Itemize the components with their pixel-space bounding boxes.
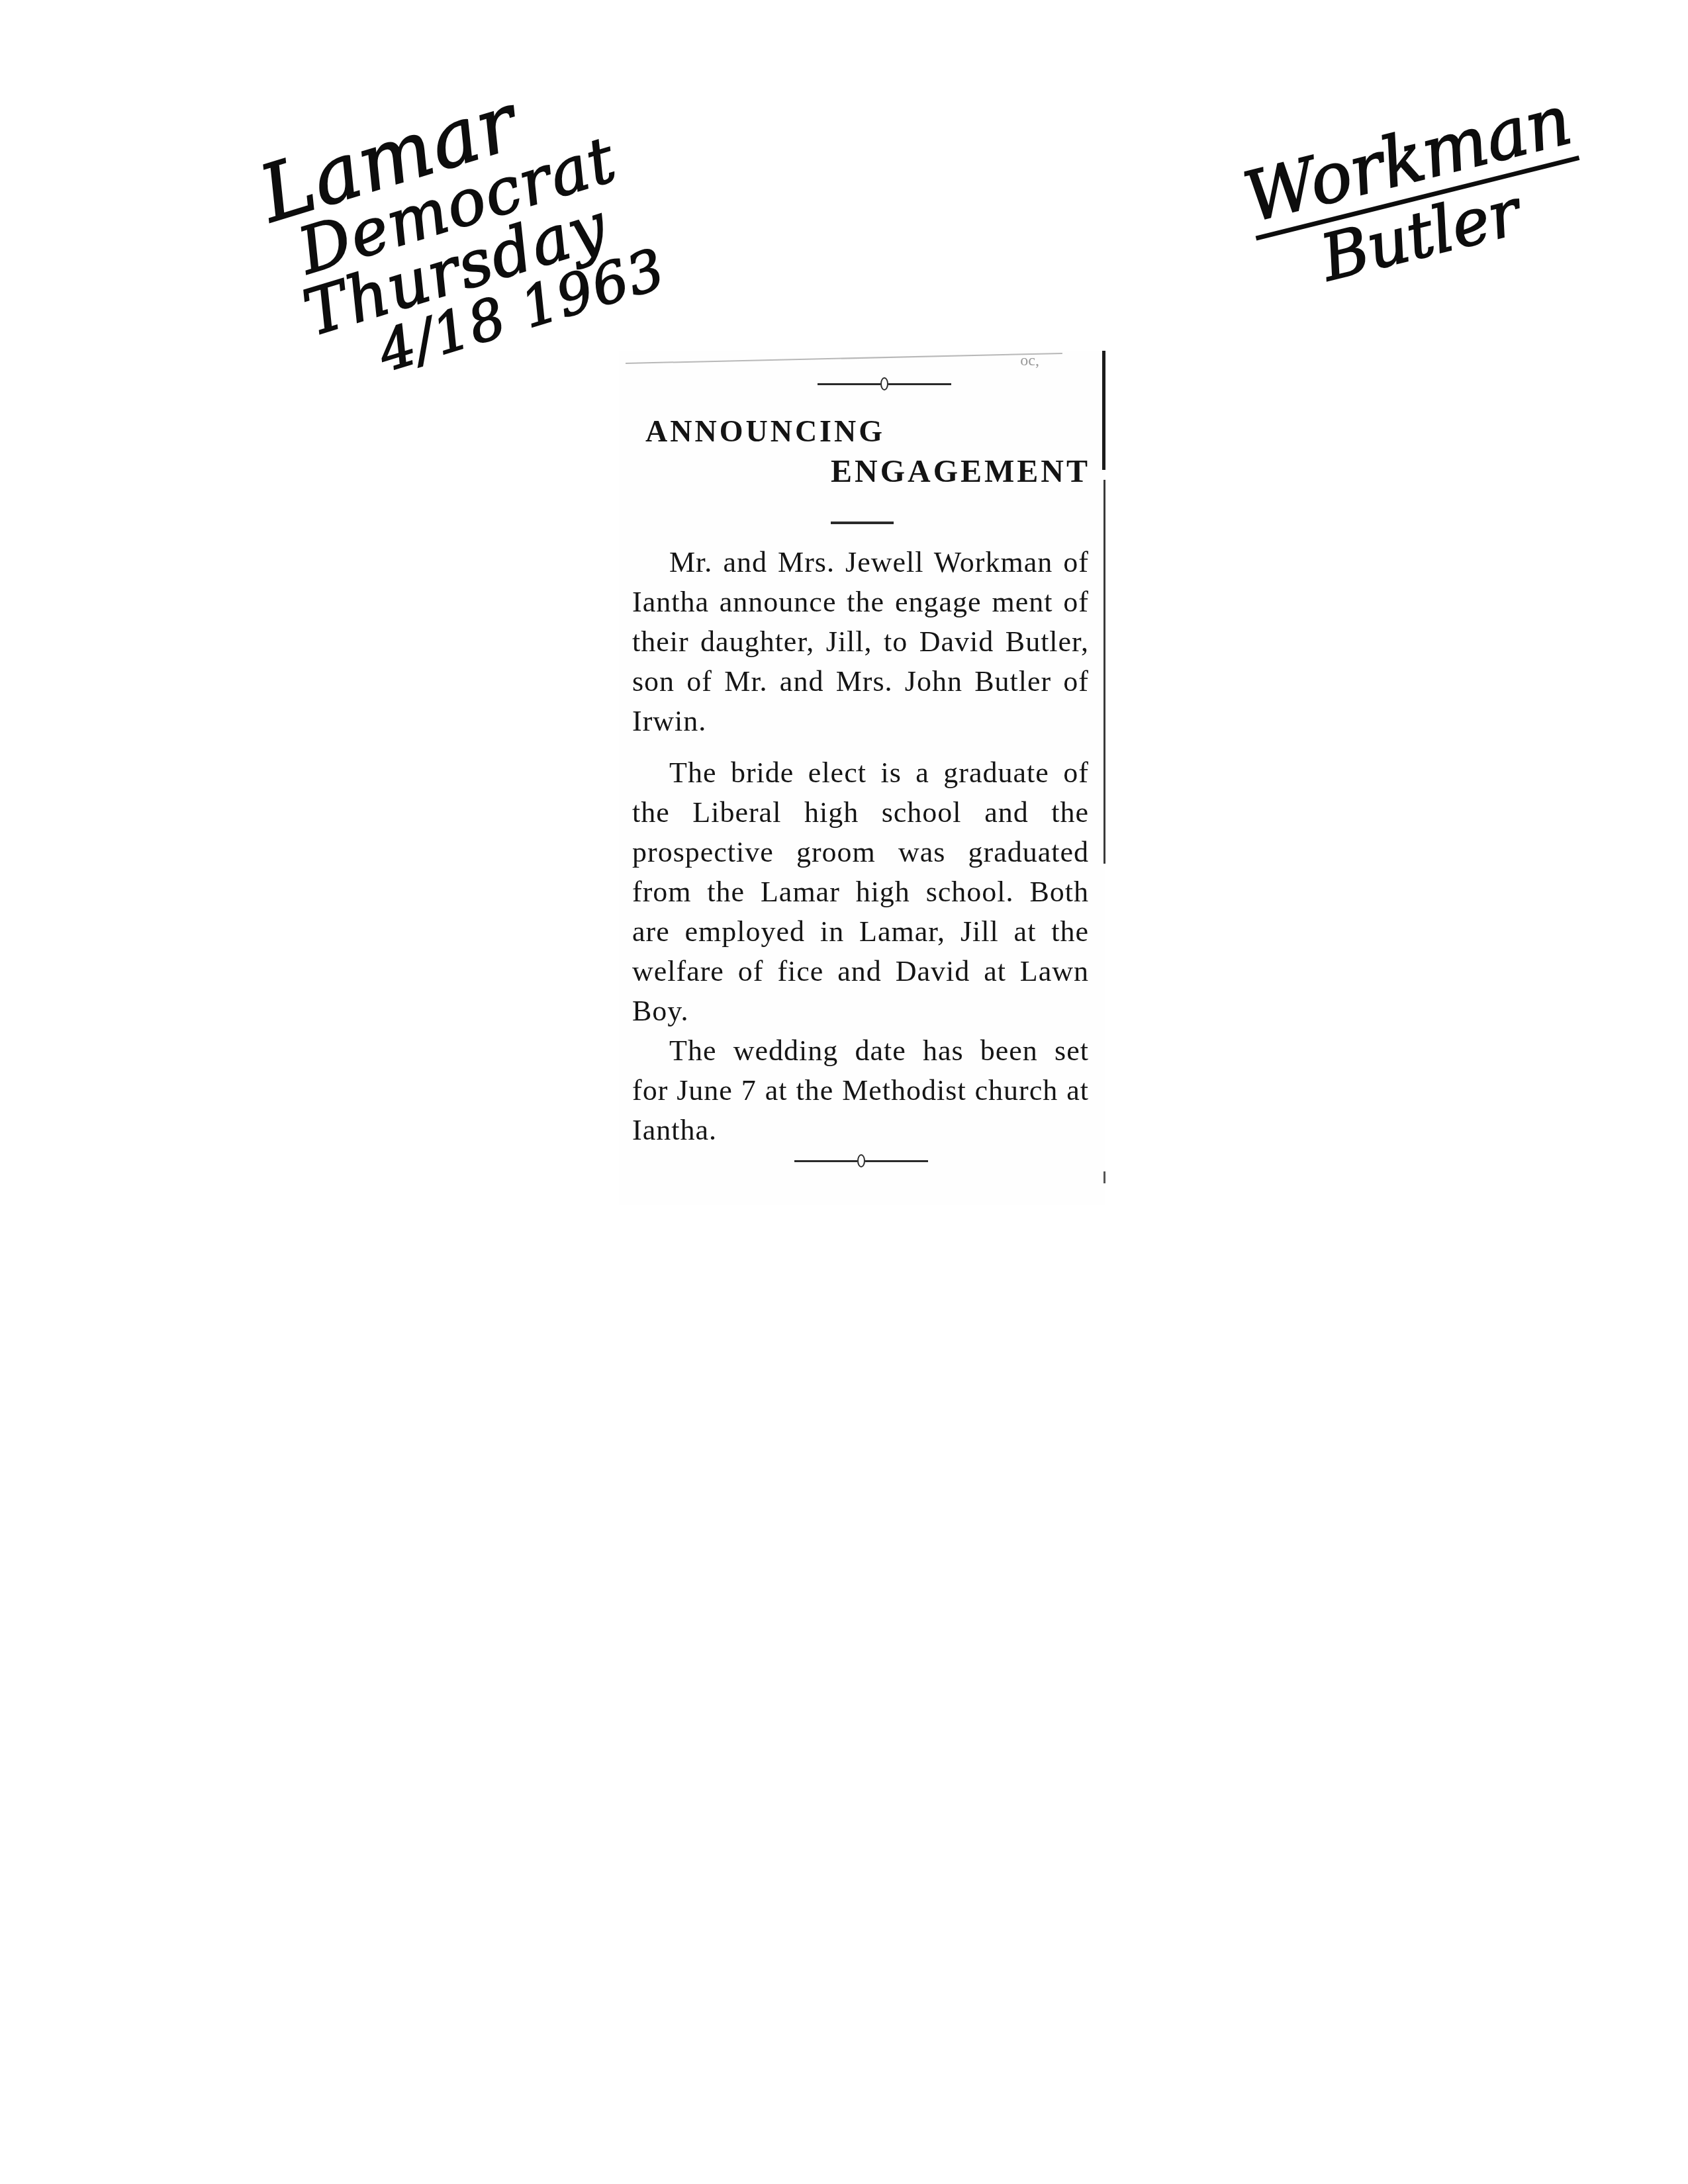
article-paragraph: Mr. and Mrs. Jewell Workman of Iantha an… [632,543,1089,741]
article-line: The bride elect is a graduate [669,756,1063,789]
divider-ornament-icon [794,1154,928,1167]
article-body: Mr. and Mrs. Jewell Workman of Iantha an… [632,543,1089,1150]
handwritten-source-note: Lamar Democrat Thursday 4/18 1963 [252,53,671,399]
column-rule [1103,480,1105,864]
article-line: Mr. and Mrs. Jewell Workman [669,546,1063,578]
handwritten-names-note: Workman Butler [1238,85,1595,304]
headline-line-2: ENGAGEMENT [831,453,1090,490]
article-paragraph: The bride elect is a graduate of the Lib… [632,753,1089,1031]
newspaper-clipping: oc, ANNOUNCING ENGAGEMENT Mr. and Mrs. J… [619,351,1105,1205]
article-paragraph: The wedding date has been set for June 7… [632,1031,1089,1150]
divider-ornament-icon [818,377,951,390]
column-rule [1102,351,1105,470]
column-rule-fragment [1103,1171,1105,1183]
headline-rule [831,522,894,524]
clipping-cut-fragment: oc, [1020,352,1039,370]
clipping-top-edge [626,353,1062,364]
article-line: The wedding date has been [669,1034,1055,1067]
headline-line-1: ANNOUNCING [645,414,885,449]
